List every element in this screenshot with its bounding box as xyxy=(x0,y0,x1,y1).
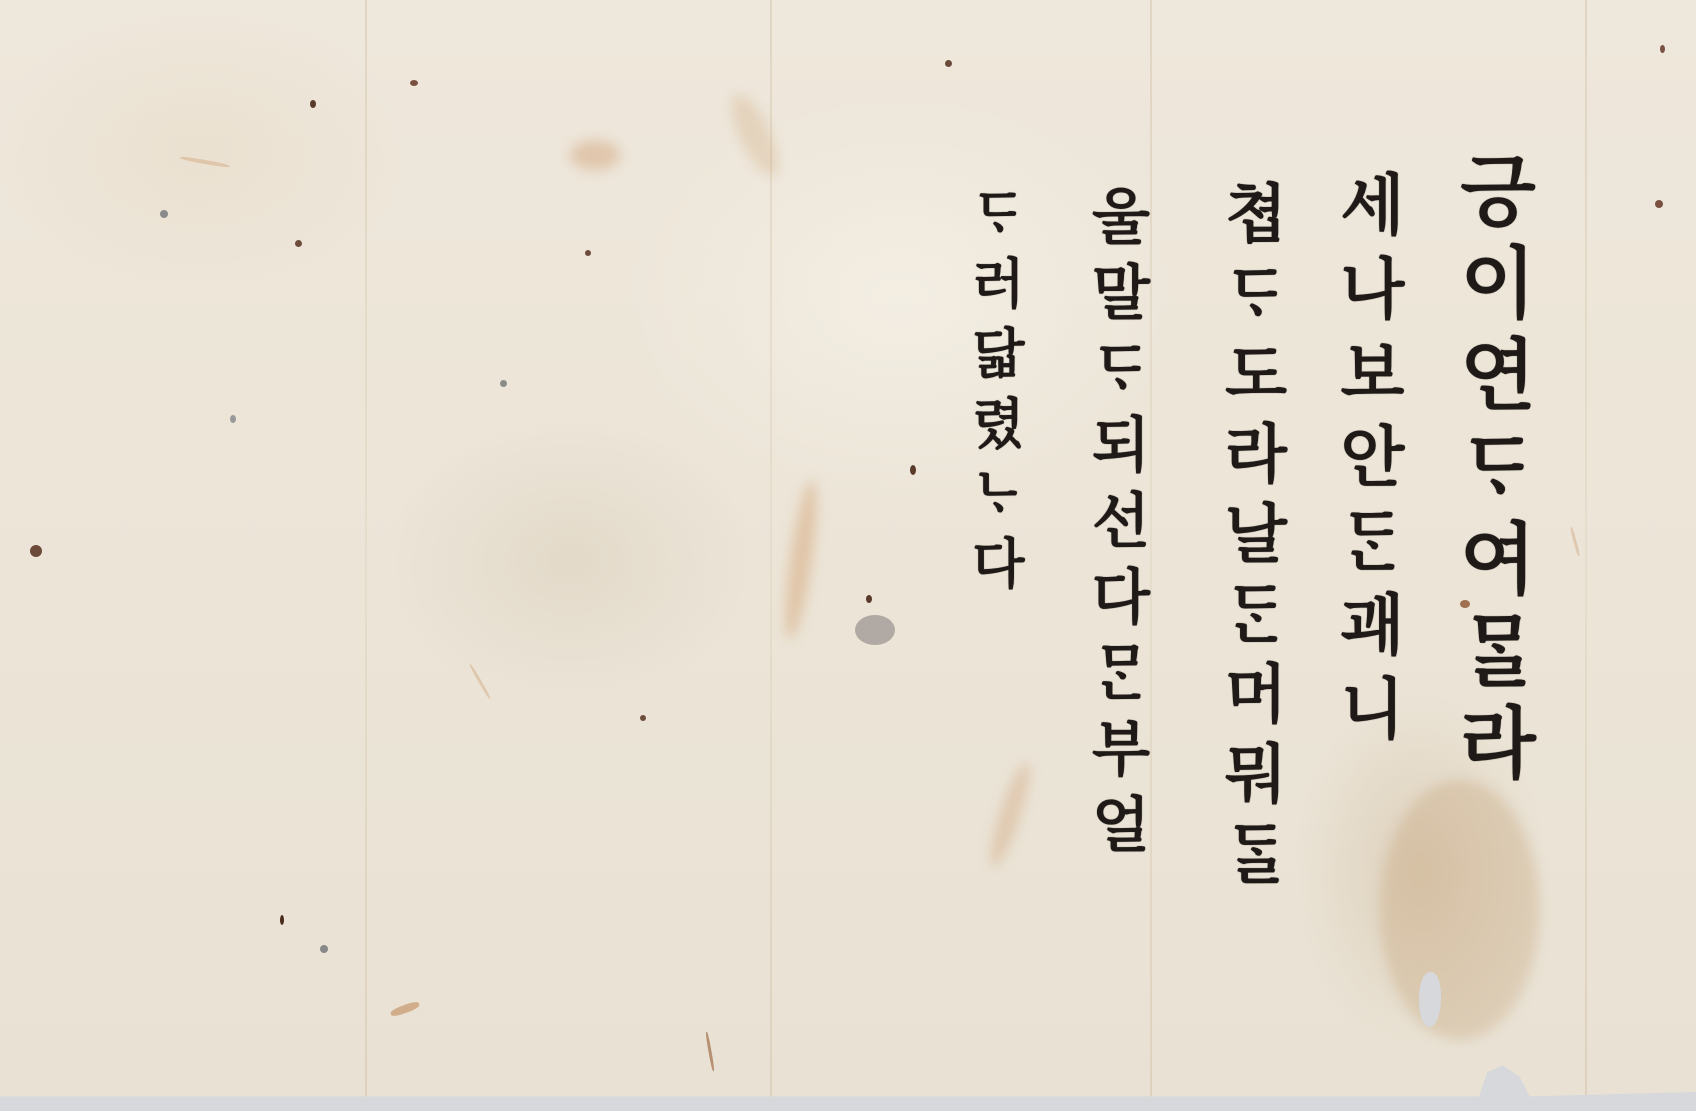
paper-fiber xyxy=(469,663,492,699)
paper-fold-line xyxy=(1585,0,1587,1103)
document-scan: 긍이연ᄃᆞ여ᄆᆞᆯ라 세나보안ᄃᆞᆫ괘니 쳡ᄃᆞ도라날ᄃᆞᆫ머뭐ᄃᆞᆯ 울말ᄃᆞ… xyxy=(0,0,1696,1111)
paper-fiber xyxy=(180,156,230,169)
paper-speck xyxy=(30,545,42,557)
paper-stain xyxy=(570,140,620,170)
paper-speck xyxy=(640,715,646,721)
paper-speck xyxy=(500,380,507,387)
paper-speck xyxy=(295,240,302,247)
paper-speck xyxy=(280,915,284,925)
letter-column-1: 긍이연ᄃᆞ여ᄆᆞᆯ라 xyxy=(1452,150,1530,794)
paper-speck xyxy=(310,100,316,108)
paper-speck xyxy=(230,415,236,423)
letter-column-5: ᄃᆞ러닯렸ᄂᆞ다 xyxy=(968,185,1022,605)
hanji-paper-sheet: 긍이연ᄃᆞ여ᄆᆞᆯ라 세나보안ᄃᆞᆫ괘니 쳡ᄃᆞ도라날ᄃᆞᆫ머뭐ᄃᆞᆯ 울말ᄃᆞ… xyxy=(0,0,1696,1103)
paper-speck xyxy=(160,210,168,218)
paper-speck xyxy=(945,60,952,67)
paper-speck xyxy=(320,945,328,953)
letter-column-4: 울말ᄃᆞ되선다ᄆᆞᆫ부얼 xyxy=(1086,185,1146,869)
paper-stain xyxy=(1380,780,1540,1040)
paper-fold-line xyxy=(365,0,367,1103)
paper-stain xyxy=(722,88,787,182)
paper-fiber xyxy=(705,1032,715,1072)
paper-speck xyxy=(855,615,895,645)
paper-stain xyxy=(779,479,823,641)
letter-column-3: 쳡ᄃᆞ도라날ᄃᆞᆫ머뭐ᄃᆞᆯ xyxy=(1218,180,1282,900)
paper-speck xyxy=(910,465,916,475)
paper-speck xyxy=(410,80,418,86)
paper-speck xyxy=(1655,200,1663,208)
paper-speck xyxy=(585,250,591,256)
paper-stain xyxy=(983,760,1036,871)
letter-column-2: 세나보안ᄃᆞᆫ괘니 xyxy=(1334,170,1400,758)
paper-fiber xyxy=(390,1000,421,1018)
paper-speck xyxy=(1660,45,1665,53)
paper-fiber xyxy=(1570,527,1581,557)
paper-speck xyxy=(866,595,872,603)
